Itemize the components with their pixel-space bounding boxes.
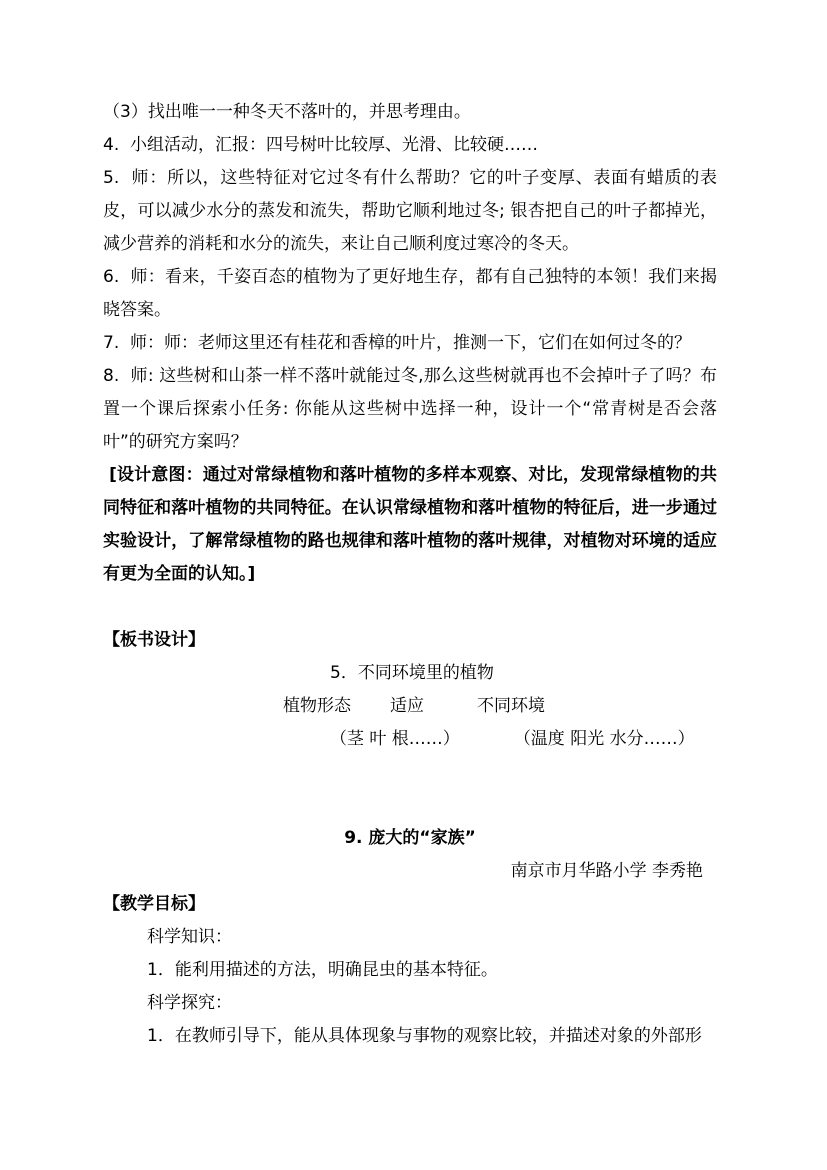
board-row-examples: （茎 叶 根……）（温度 阳光 水分……）: [103, 723, 717, 756]
board-row-terms: 植物形态适应不同环境: [103, 690, 717, 723]
board-lesson-title: 5．不同环境里的植物: [103, 657, 717, 690]
paragraph-item4: 4. 小组活动，汇报：四号树叶比较厚、光滑、比较硬……: [103, 129, 717, 162]
board-term-plant-form: 植物形态: [283, 690, 351, 723]
paragraph-step3: （3）找出唯一一种冬天不落叶的，并思考理由。: [103, 96, 717, 129]
teaching-goals-heading: 【教学目标】: [103, 888, 717, 921]
paragraph-item7: 7. 师：师：老师这里还有桂花和香樟的叶片，推测一下，它们在如何过冬的？: [103, 327, 717, 360]
science-knowledge-item1: 1．能利用描述的方法，明确昆虫的基本特征。: [103, 954, 717, 987]
document-page: （3）找出唯一一种冬天不落叶的，并思考理由。 4. 小组活动，汇报：四号树叶比较…: [0, 0, 827, 1170]
blank-line: [103, 789, 717, 822]
author-line: 南京市月华路小学 李秀艳: [103, 855, 717, 888]
board-design-heading: 【板书设计】: [103, 624, 717, 657]
blank-line: [103, 591, 717, 624]
board-term-adapt: 适应: [390, 690, 424, 723]
board-example-env-factors: （温度 阳光 水分……）: [514, 729, 695, 749]
science-inquiry-item1: 1．在教师引导下，能从具体现象与事物的观察比较，并描述对象的外部形: [103, 1020, 717, 1053]
paragraph-item5: 5. 师：所以，这些特征对它过冬有什么帮助？它的叶子变厚、表面有蜡质的表皮，可以…: [103, 162, 717, 261]
blank-line: [103, 756, 717, 789]
lesson9-title: 9. 庞大的“家族”: [103, 822, 717, 855]
paragraph-item6: 6. 师：看来，千姿百态的植物为了更好地生存，都有自己独特的本领！我们来揭晓答案…: [103, 261, 717, 327]
document-content: （3）找出唯一一种冬天不落叶的，并思考理由。 4. 小组活动，汇报：四号树叶比较…: [103, 96, 717, 1053]
board-term-environments: 不同环境: [477, 696, 545, 716]
science-knowledge-label: 科学知识：: [103, 921, 717, 954]
board-example-plant-parts: （茎 叶 根……）: [330, 723, 460, 756]
design-intent-paragraph: [设计意图：通过对常绿植物和落叶植物的多样本观察、对比，发现常绿植物的共同特征和…: [103, 459, 717, 591]
science-inquiry-label: 科学探究：: [103, 987, 717, 1020]
paragraph-item8: 8. 师: 这些树和山茶一样不落叶就能过冬,那么这些树就再也不会掉叶子了吗？布置…: [103, 360, 717, 459]
